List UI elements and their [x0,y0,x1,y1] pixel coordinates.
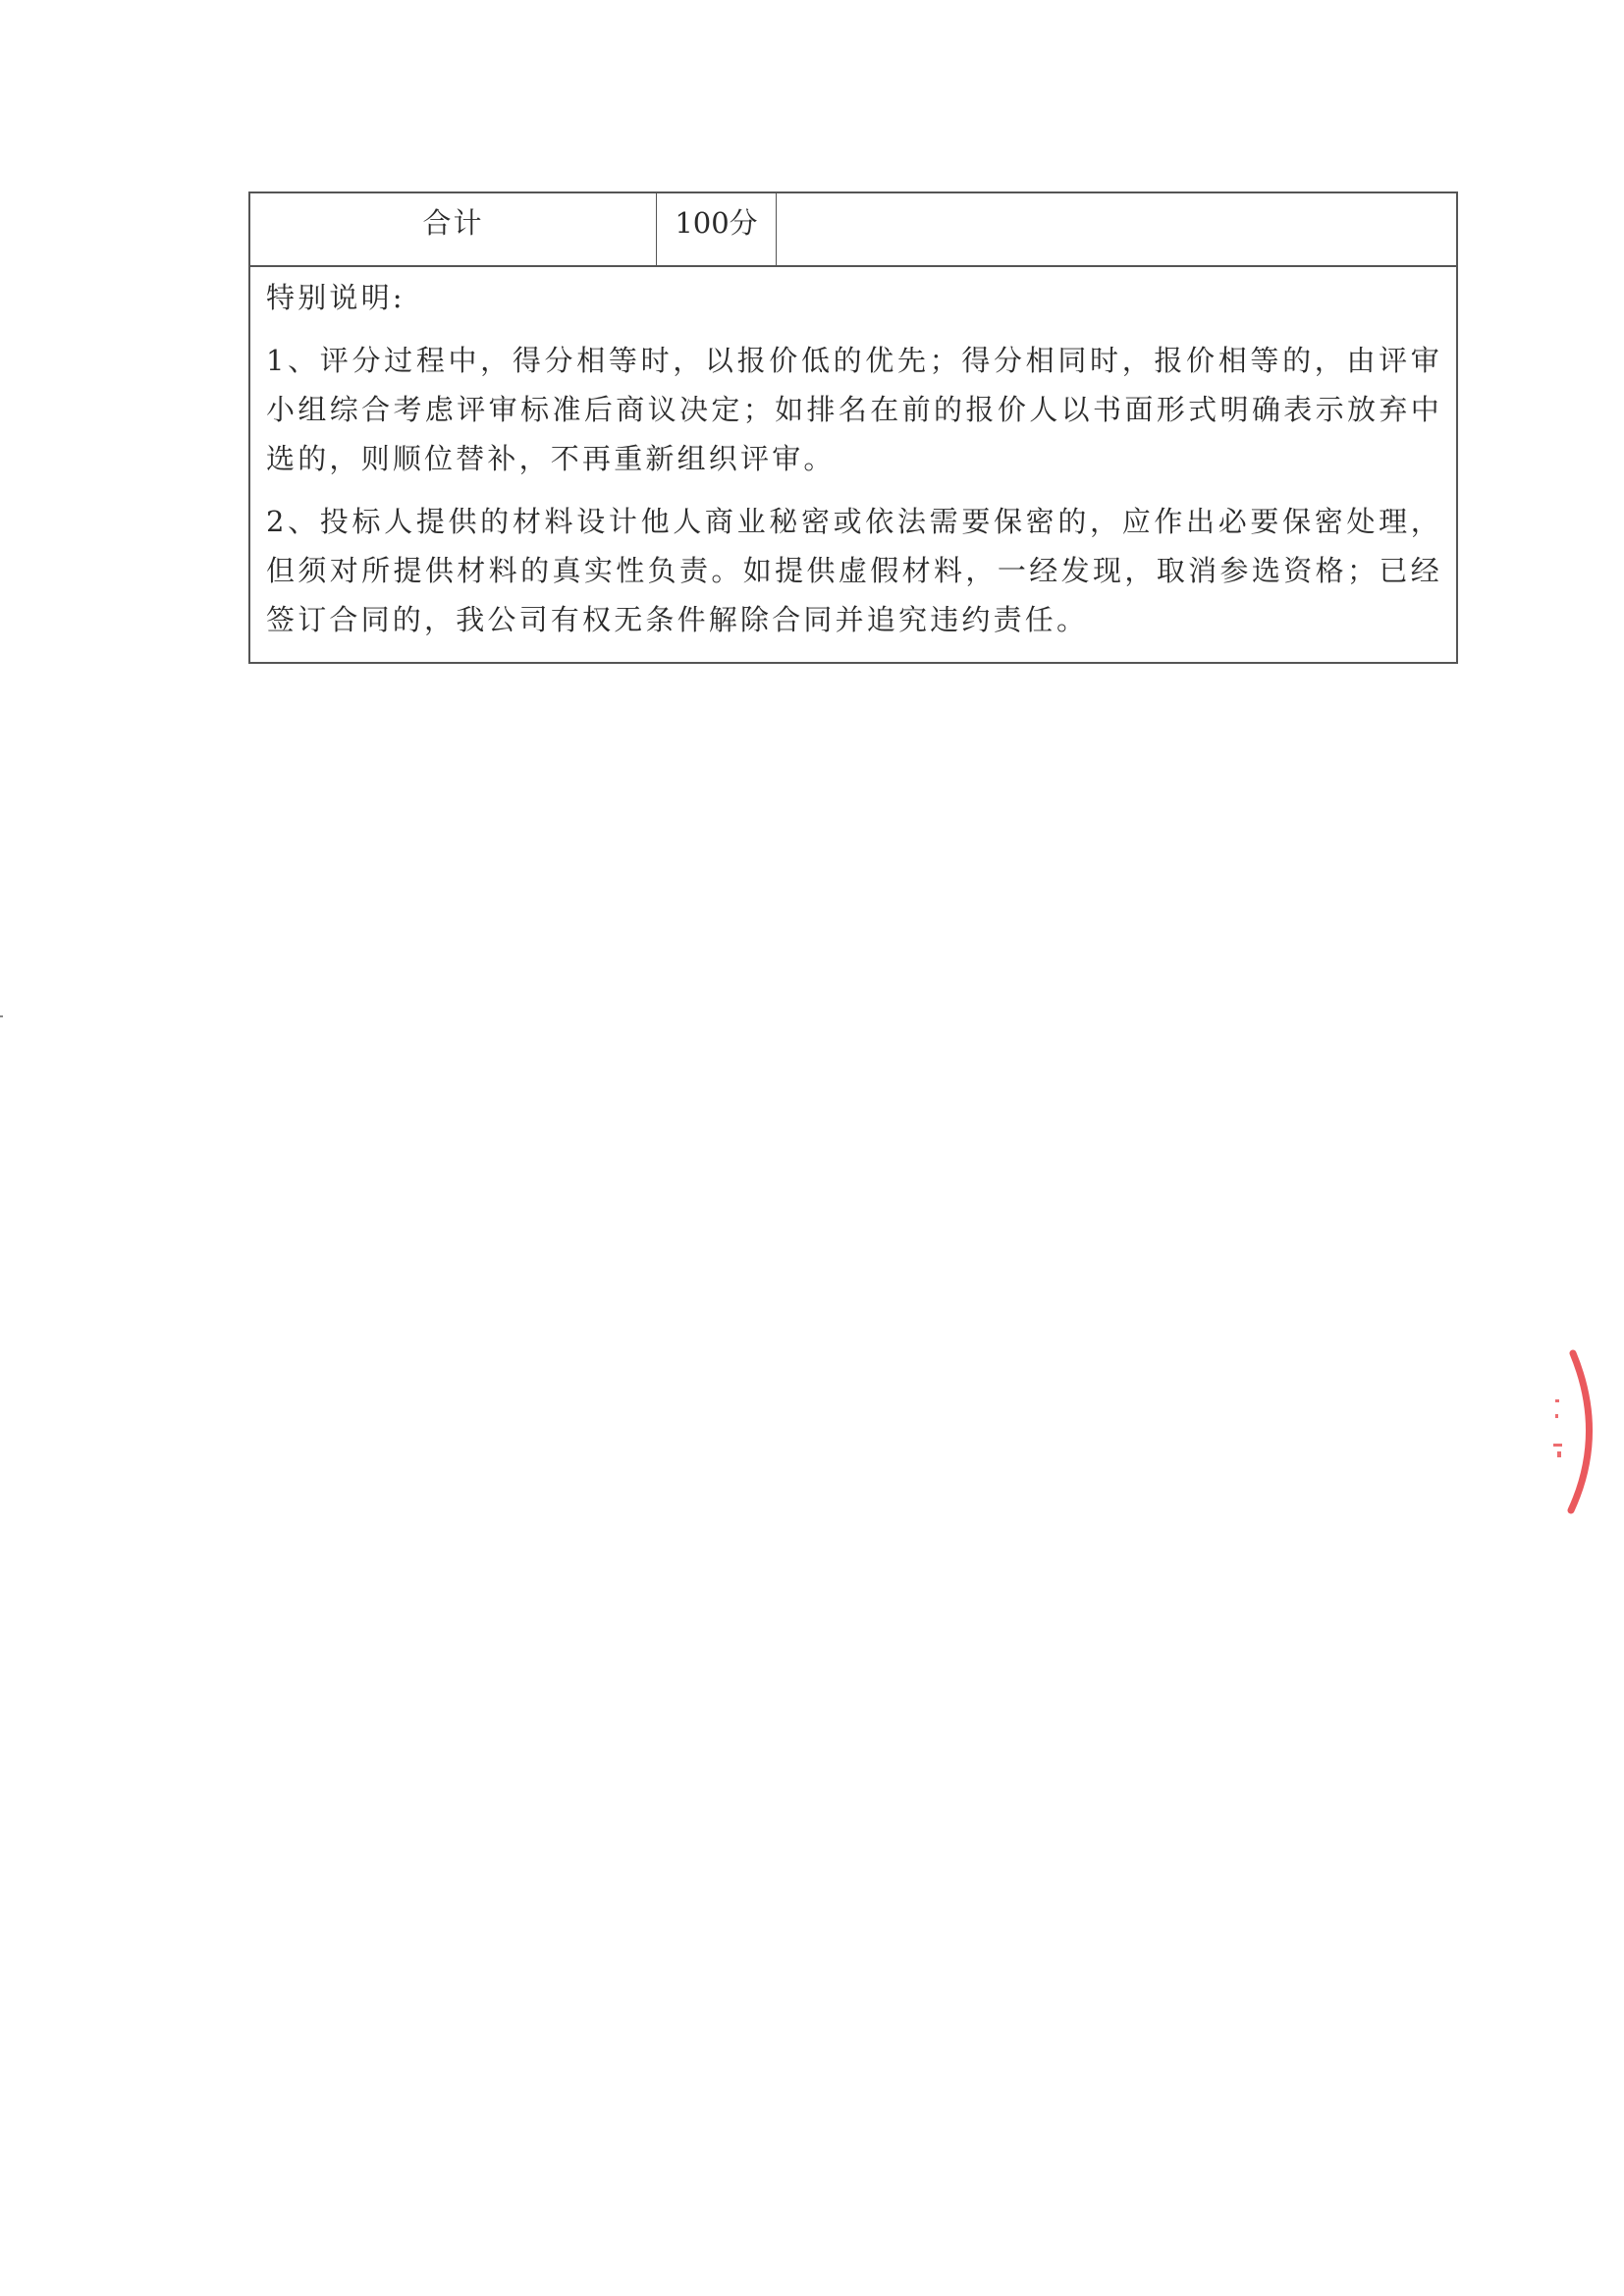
total-score-cell: 100分 [657,193,777,265]
red-seal-stamp-icon [1532,1345,1624,1522]
note-item-2: 2、投标人提供的材料设计他人商业秘密或依法需要保密的，应作出必要保密处理，但须对… [266,497,1442,644]
total-row: 合计 100分 [250,193,1456,267]
note-item-1: 1、评分过程中，得分相等时，以报价低的优先；得分相同时，报价相等的，由评审小组综… [266,336,1442,483]
scoring-table: 合计 100分 特别说明: 1、评分过程中，得分相等时，以报价低的优先；得分相同… [248,191,1458,664]
total-remark-cell [777,193,1456,265]
scan-artifact [0,1015,3,1017]
notes-title: 特别说明: [266,273,1442,322]
total-label-cell: 合计 [250,193,657,265]
special-notes-section: 特别说明: 1、评分过程中，得分相等时，以报价低的优先；得分相同时，报价相等的，… [250,267,1456,662]
document-page: 合计 100分 特别说明: 1、评分过程中，得分相等时，以报价低的优先；得分相同… [0,0,1624,2296]
